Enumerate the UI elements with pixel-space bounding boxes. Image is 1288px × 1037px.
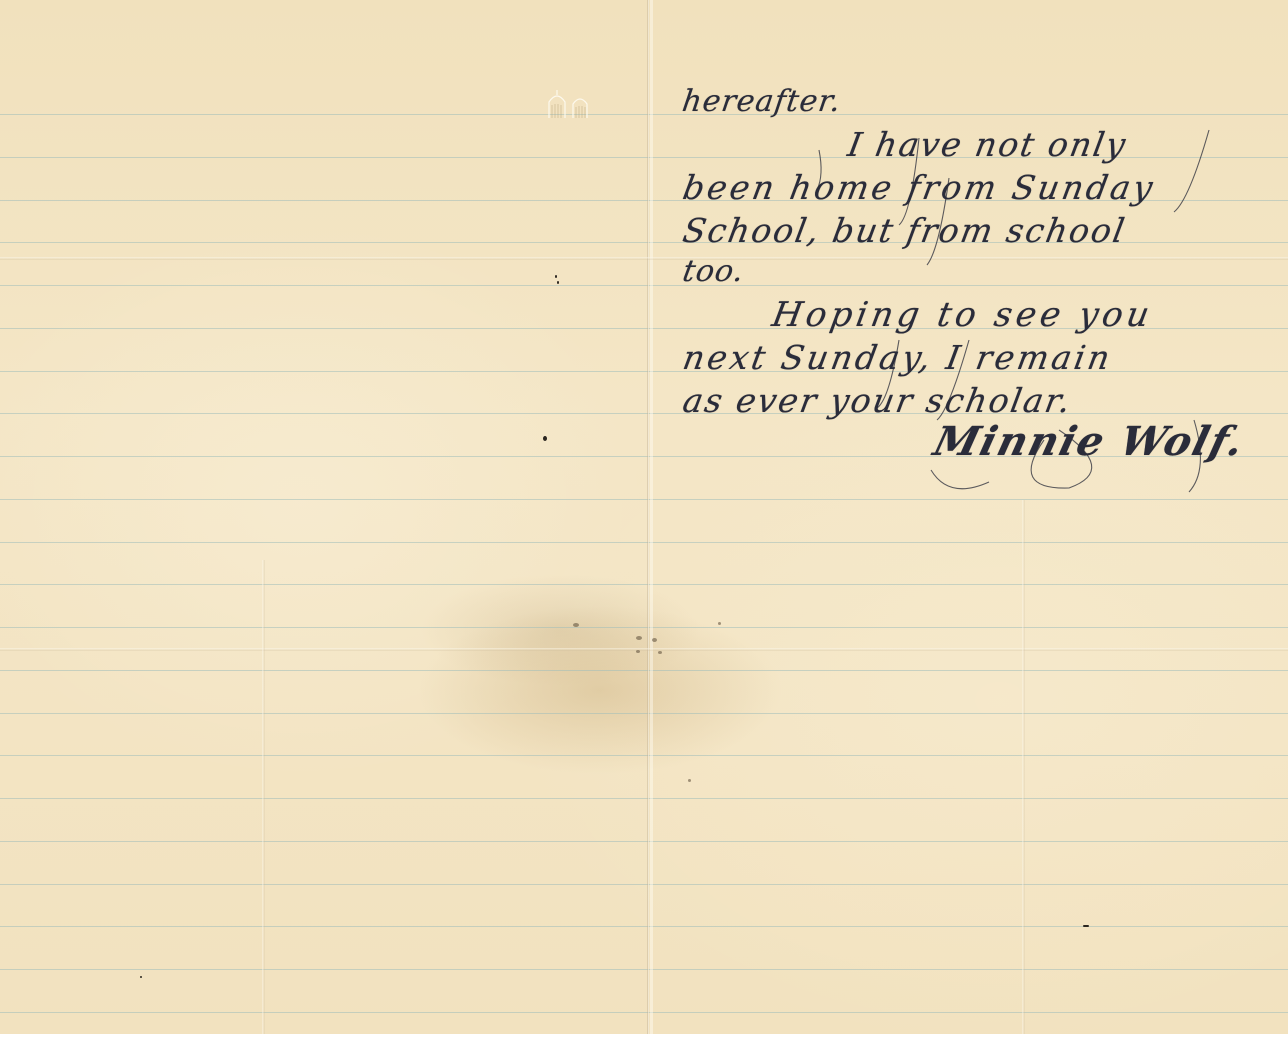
letter-line: been home from Sunday xyxy=(680,168,1158,207)
letter-line: I have not only xyxy=(845,125,1130,164)
right-page: hereafter. I have not only been home fro… xyxy=(649,0,1288,1034)
letter-line: hereafter. xyxy=(680,84,843,119)
letter-sheet: hereafter. I have not only been home fro… xyxy=(0,0,1288,1034)
handwritten-text: hereafter. I have not only been home fro… xyxy=(649,0,1288,1034)
signature: Minnie Wolf. xyxy=(929,418,1250,465)
letter-line: School, but from school xyxy=(680,211,1129,250)
embossed-stationery-mark-icon xyxy=(545,88,595,120)
letter-line: Hoping to see you xyxy=(769,295,1156,335)
letter-line: too. xyxy=(680,254,747,289)
letter-line: next Sunday, I remain xyxy=(680,338,1116,377)
left-page xyxy=(0,0,648,1034)
letter-line: as ever your scholar. xyxy=(680,381,1075,420)
